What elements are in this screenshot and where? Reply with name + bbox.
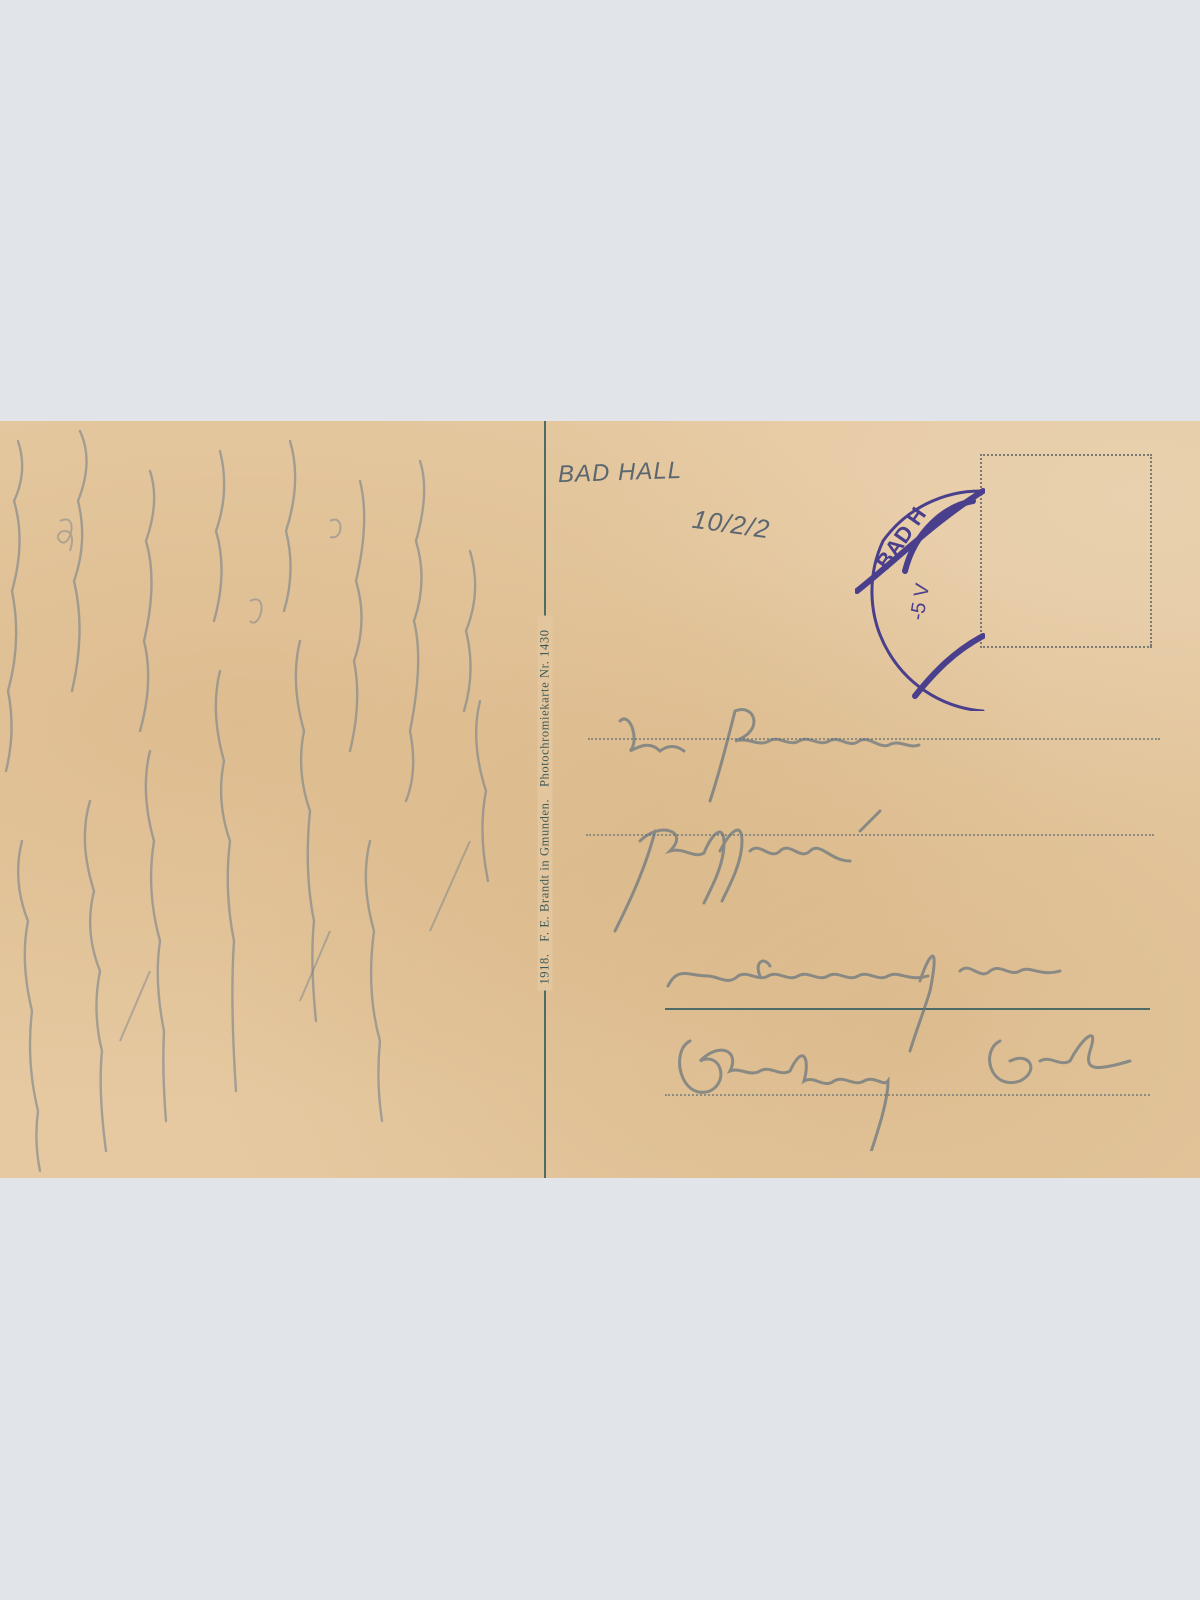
imprint-year: 1918. [538,953,552,984]
imprint-publisher: F. E. Brandt in Gmunden. [538,799,552,942]
postmark-date: -5 V [906,581,934,622]
handwritten-message [0,421,540,1178]
stamp-box [980,454,1152,648]
imprint-series: Photochromiekarte Nr. 1430 [538,629,552,787]
handwritten-address [600,681,1200,1151]
publisher-imprint: 1918. F. E. Brandt in Gmunden. Photochro… [538,615,553,990]
pencil-date-note: 10/2/2 [690,504,772,546]
postcard: 1918. F. E. Brandt in Gmunden. Photochro… [0,421,1200,1178]
stamp-box-edge [1150,454,1152,646]
postmark-icon: BAD H -5 V [855,461,985,711]
pencil-place-note: BAD HALL [558,457,683,489]
